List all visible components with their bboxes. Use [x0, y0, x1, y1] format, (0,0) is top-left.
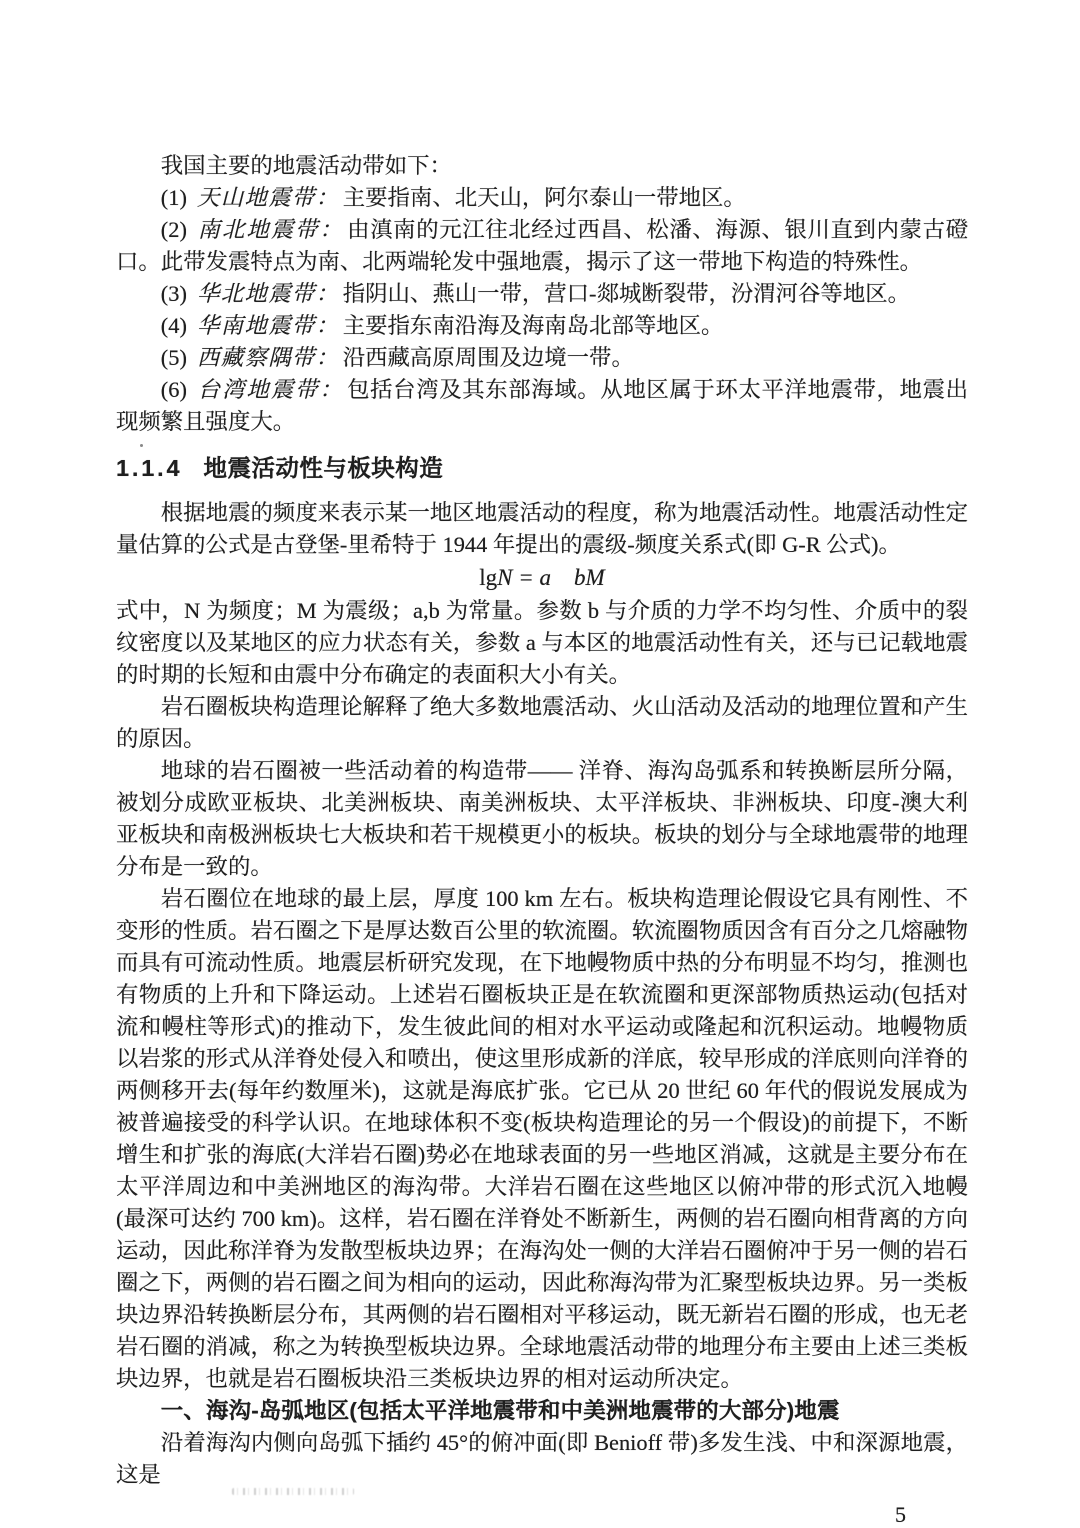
zone-number: (4) [161, 313, 187, 338]
scan-artifact-smudge [232, 1488, 354, 1495]
formula-function: lg [479, 565, 497, 590]
zone-item-6: (6)台湾地震带：包括台湾及其东部海域。从地区属于环太平洋地震带，地震出现频繁且… [116, 374, 968, 438]
gutenberg-richter-formula: lgN = a bM [116, 561, 968, 595]
zone-number: (6) [161, 377, 187, 402]
zone-name: 西藏察隅带： [197, 345, 339, 370]
zone-item-2: (2)南北地震带：由滇南的元江往北经过西昌、松潘、海源、银川直到内蒙古磴口。此带… [116, 214, 968, 278]
zone-desc: 主要指南、北天山，阿尔泰山一带地区。 [343, 185, 746, 210]
zone-number: (2) [161, 217, 187, 242]
section-title: 地震活动性与板块构造 [204, 455, 444, 481]
paragraph-gr-intro: 根据地震的频度来表示某一地区地震活动的程度，称为地震活动性。地震活动性定量估算的… [116, 497, 968, 561]
zone-item-5: (5)西藏察隅带：沿西藏高原周围及边境一带。 [116, 342, 968, 374]
paragraph-seven-plates: 地球的岩石圈被一些活动着的构造带—— 洋脊、海沟岛弧系和转换断层所分隔，被划分成… [116, 755, 968, 883]
zone-number: (5) [161, 345, 187, 370]
paragraph-formula-explanation: 式中，N 为频度；M 为震级；a,b 为常量。参数 b 与介质的力学不均匀性、介… [116, 595, 968, 691]
zone-name: 华北地震带： [197, 281, 339, 306]
zone-name: 南北地震带： [197, 217, 344, 242]
paragraph-benioff: 沿着海沟内侧向岛弧下插约 45°的俯冲面(即 Benioff 带)多发生浅、中和… [116, 1427, 968, 1491]
zone-name: 华南地震带： [197, 313, 339, 338]
zone-desc: 沿西藏高原周围及边境一带。 [343, 345, 634, 370]
zone-item-4: (4)华南地震带：主要指东南沿海及海南岛北部等地区。 [116, 310, 968, 342]
section-heading: 1.1.4地震活动性与板块构造 [116, 453, 968, 483]
zone-number: (1) [161, 185, 187, 210]
zone-name: 天山地震带： [197, 185, 339, 210]
zone-desc: 指阴山、燕山一带，营口-郯城断裂带，汾渭河谷等地区。 [343, 281, 910, 306]
zone-item-3: (3)华北地震带：指阴山、燕山一带，营口-郯城断裂带，汾渭河谷等地区。 [116, 278, 968, 310]
zone-number: (3) [161, 281, 187, 306]
formula-expression: N = a bM [497, 565, 605, 590]
subsection-heading-trench-arc: 一、海沟-岛弧地区(包括太平洋地震带和中美洲地震带的大部分)地震 [116, 1395, 968, 1427]
zone-name: 台湾地震带： [197, 377, 344, 402]
zone-item-1: (1)天山地震带：主要指南、北天山，阿尔泰山一带地区。 [116, 182, 968, 214]
paragraph-plate-theory: 岩石圈板块构造理论解释了绝大多数地震活动、火山活动及活动的地理位置和产生的原因。 [116, 691, 968, 755]
text-column: 我国主要的地震活动带如下： (1)天山地震带：主要指南、北天山，阿尔泰山一带地区… [116, 150, 968, 1528]
paragraph-lithosphere: 岩石圈位在地球的最上层，厚度 100 km 左右。板块构造理论假设它具有刚性、不… [116, 883, 968, 1395]
section-number: 1.1.4 [116, 455, 182, 481]
zone-desc: 主要指东南沿海及海南岛北部等地区。 [343, 313, 724, 338]
scanned-book-page: 我国主要的地震活动带如下： (1)天山地震带：主要指南、北天山，阿尔泰山一带地区… [0, 0, 1080, 1528]
intro-paragraph: 我国主要的地震活动带如下： [116, 150, 968, 182]
page-number: 5 [116, 1499, 968, 1528]
